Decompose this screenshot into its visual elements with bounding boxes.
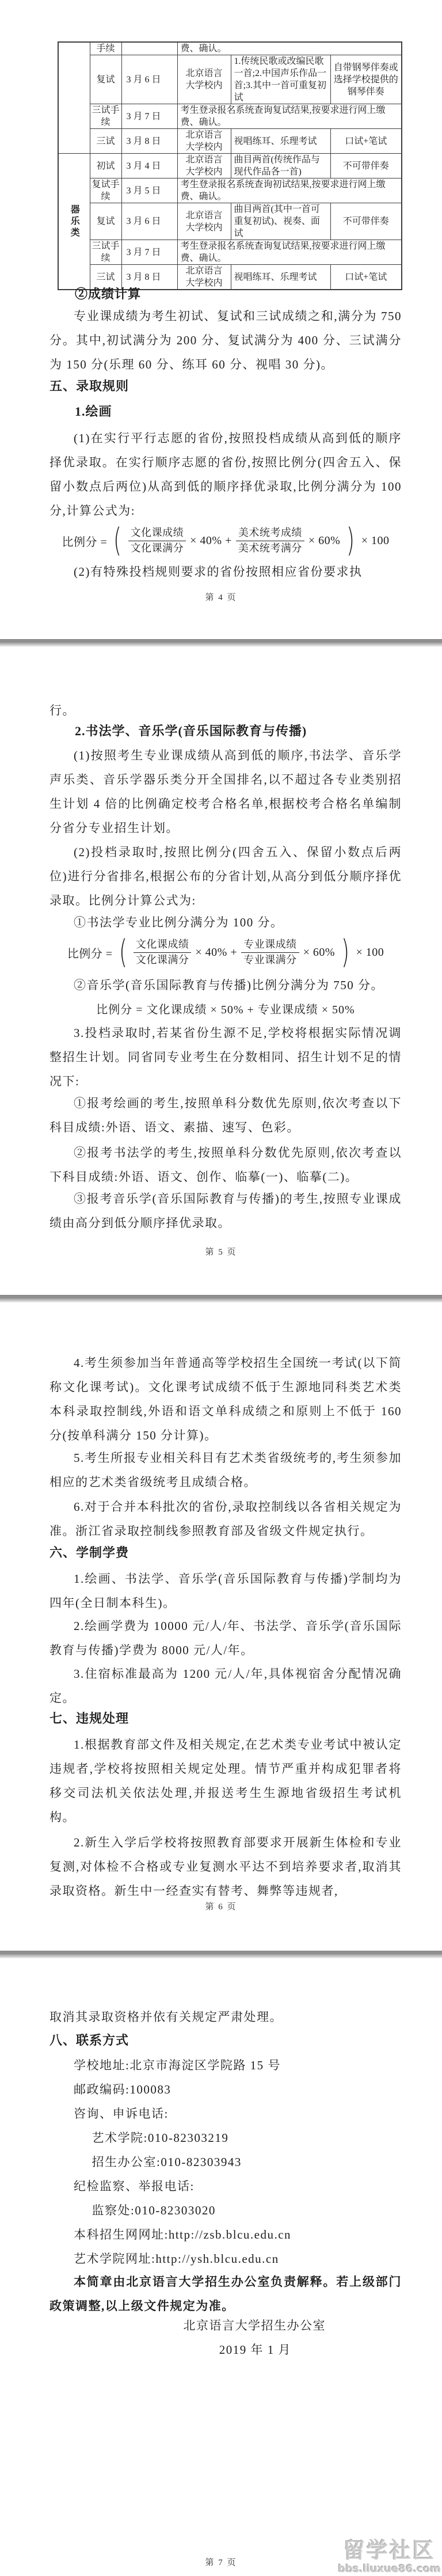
heading-contact: 八、联系方式 [49,2032,402,2049]
para-dorm-fee: 3.住宿标准最高为 1200 元/人/年,具体视宿舍分配情况确定。 [49,1662,402,1710]
requirement-cell: 自带钢琴伴奏或选择学校提供的钢琴伴奏 [330,55,402,104]
para-violation-1: 1.根据教育部文件及相关规定,在艺术类专业考试中被认定违规者,学校将按照相关规定… [49,1732,402,1829]
content-cell: 1.传统民歌或改编民歌一首;2.中国声乐作品一首;3.其中一首可重复初试 [231,55,330,104]
frac-numerator: 专业课成绩 [241,938,299,952]
contact-art-school-website: 艺术学院网址:http://ysh.blcu.edu.cn [49,2247,402,2271]
requirement-cell: 口试+笔试 [330,129,402,154]
content-cell: 视唱练耳、乐理考试 [231,129,330,154]
fraction-culture: 文化课成绩 文化课满分 [134,938,192,967]
para-interpretation-note: 本简章由北京语言大学招生办公室负责解释。若上级部门政策调整,以上级文件规定为准。 [49,2270,402,2318]
fraction-art-exam: 美术统考成绩 美术统考满分 [236,526,304,555]
watermark-logo: 留学社区 bbs.liuxue86.com [338,2539,441,2575]
procedure-cell: 考生登录报名系统查询复试结果,按要求进行网上缴费、确认。 [177,104,402,129]
location-cell: 北京语言大学校内 [177,203,231,240]
contact-art-school-phone: 艺术学院:010-82303219 [49,2126,402,2150]
close-paren: ) [341,936,350,968]
frac-denominator: 专业课满分 [243,953,297,967]
formula-tail: × 100 [356,946,384,959]
round-cell: 初试 [90,154,121,178]
location-cell: 北京语言大学校内 [177,55,231,104]
para-tiebreak-calligraphy: ②报考书法学的考生,按照单科分数优先原则,依次考查以下科目成绩:外语、语文、创作… [49,1141,402,1189]
para-special-rule: (2)有特殊投档规则要求的省份按照相应省份要求执 [49,560,402,584]
heading-admission-rules: 五、录取规则 [49,378,402,395]
date-cell: 3 月 4 日 [121,154,177,178]
requirement-cell: 不可带伴奏 [330,203,402,240]
round-cell: 复试手续 [90,178,121,203]
round-cell: 手续 [90,42,121,55]
para-music-ratio: ②音乐学(音乐国际教育与传播)比例分满分为 750 分。 [49,973,402,997]
round-cell: 复试 [90,203,121,240]
content-cell: 曲目两首(传统作品与现代作品各一首) [231,154,330,178]
document-page-4: 手续 费、确认。 复试 3 月 6 日 北京语言大学校内 1.传统民歌或改编民歌… [0,0,442,639]
contact-admissions-phone: 招生办公室:010-82303943 [49,2150,402,2174]
procedure-cell: 考生登录报名系统查询复试结果,按要求进行网上缴费、确认。 [177,240,402,265]
procedure-cell: 考生登录报名系统查询初试结果,按要求进行网上缴费、确认。 [177,178,402,203]
round-cell: 三试 [90,129,121,154]
document-page-6: 4.考生须参加当年普通高等学校招生全国统一考试(以下简称文化课考试)。文化课考试… [0,1302,442,1951]
date-cell: 3 月 6 日 [121,55,177,104]
formula-op: × 60% [303,946,335,959]
frac-numerator: 文化课成绩 [128,526,186,541]
open-paren: ( [119,936,127,968]
para-continuation: 行。 [49,698,402,723]
document-page-7: 取消其录取资格并依有关规定严肃处理。 八、联系方式 学校地址:北京市海淀区学院路… [0,1958,442,2576]
signature-office: 北京语言大学招生办公室 [49,2316,326,2334]
page-separator [0,639,442,647]
date-cell: 3 月 7 日 [121,240,177,265]
signature-date: 2019 年 1 月 [49,2341,291,2358]
para-ranking: (1)按照考生专业课成绩从高到低的顺序,书法学、音乐学声乐类、音乐学器乐类分开全… [49,743,402,840]
location-cell: 北京语言大学校内 [177,154,231,178]
para-tiebreak-painting: ①报考绘画的考生,按照单科分数优先原则,依次考查以下科目成绩:外语、语文、素描、… [49,1091,402,1139]
open-paren: ( [113,525,122,557]
date-cell: 3 月 5 日 [121,178,177,203]
frac-denominator: 文化课满分 [136,953,189,967]
round-cell: 三试手续 [90,240,121,265]
page-number: 第 5 页 [0,1245,442,1257]
document-page-5: 行。 2.书法学、音乐学(音乐国际教育与传播) (1)按照考生专业课成绩从高到低… [0,647,442,1295]
para-duration: 1.绘画、书法学、音乐学(音乐国际教育与传播)学制均为四年(全日制本科生)。 [49,1567,402,1615]
formula-painting-ratio: 比例分 = ( 文化课成绩 文化课满分 × 40% + 美术统考成绩 美术统考满… [49,523,402,558]
requirement-cell: 不可带伴奏 [330,154,402,178]
contact-admissions-website: 本科招生网网址:http://zsb.blcu.edu.cn [49,2222,402,2247]
content-cell: 曲目两首(其中一首可重复初试)、视奏、面试 [231,203,330,240]
date-cell: 3 月 7 日 [121,104,177,129]
para-national-exam: 4.考生须参加当年普通高等学校招生全国统一考试(以下简称文化课考试)。文化课考试… [49,1351,402,1447]
heading-score-calc: ②成绩计算 [49,286,402,303]
para-provincial-exam: 5.考生所报专业相关科目有艺术类省级统考的,考生须参加相应的艺术类省级统考且成绩… [49,1446,402,1494]
procedure-cell: 费、确认。 [177,42,402,55]
frac-denominator: 文化课满分 [131,541,184,555]
formula-tail: × 100 [361,534,390,548]
fraction-culture: 文化课成绩 文化课满分 [128,526,186,555]
page-number: 第 4 页 [0,591,442,603]
date-cell: 3 月 6 日 [121,203,177,240]
para-merged-batch: 6.对于合并本科批次的省份,录取控制线以各省相关规定为准。浙江省录取控制线参照教… [49,1495,402,1543]
formula-op: × 60% [308,534,340,548]
formula-op: × 40% + [195,946,237,959]
round-cell: 三试手续 [90,104,121,129]
watermark-title: 留学社区 [338,2539,441,2563]
frac-denominator: 美术统考满分 [238,541,302,555]
heading-calligraphy-music: 2.书法学、音乐学(音乐国际教育与传播) [49,723,402,740]
fraction-major: 专业课成绩 专业课满分 [241,938,299,967]
location-cell: 北京语言大学校内 [177,129,231,154]
category-cell-instrumental: 器乐类 [58,154,90,290]
formula-lhs: 比例分 = [62,533,108,549]
para-calligraphy-ratio: ①书法学专业比例分满分为 100 分。 [49,910,402,934]
contact-supervision-phone: 监察处:010-82303020 [49,2198,402,2222]
para-continuation: 取消其录取资格并依有关规定严肃处理。 [49,2005,402,2029]
page-separator [0,1951,442,1958]
contact-zipcode: 邮政编码:100083 [49,2077,402,2102]
category-cell-vocal-cont [58,42,90,154]
watermark-url: bbs.liuxue86.com [338,2563,441,2575]
round-cell: 复试 [90,55,121,104]
para-tiebreak-music: ③报考音乐学(音乐国际教育与传播)的考生,按照专业课成绩由高分到低分顺序择优录取… [49,1187,402,1235]
date-cell [121,42,177,55]
para-tuition-fee: 2.绘画学费为 10000 元/人/年、书法学、音乐学(音乐国际教育与传播)学费… [49,1614,402,1662]
heading-violation: 七、违规处理 [49,1710,402,1727]
contact-address: 学校地址:北京市海淀区学院路 15 号 [49,2053,402,2077]
page-separator [0,1295,442,1302]
para-score-calc: 专业课成绩为考生初试、复试和三试成绩之和,满分为 750 分。其中,初试满分为 … [49,304,402,377]
frac-numerator: 文化课成绩 [134,938,192,952]
date-cell: 3 月 8 日 [121,129,177,154]
formula-calligraphy-ratio: 比例分 = ( 文化课成绩 文化课满分 × 40% + 专业课成绩 专业课满分 … [49,934,402,970]
para-ratio-ranking: (2)投档录取时,按照比例分(四舍五入、保留小数点后两位)进行分省排名,根据公布… [49,840,402,913]
page-number: 第 6 页 [0,1900,442,1912]
heading-painting: 1.绘画 [49,403,402,420]
para-painting-rule: (1)在实行平行志愿的省份,按照投档成绩从高到低的顺序择优录取。在实行顺序志愿的… [49,426,402,523]
heading-tuition: 六、学制学费 [49,1544,402,1561]
formula-music-ratio: 比例分 = 文化课成绩 × 50% + 专业课成绩 × 50% [49,998,402,1022]
para-quota-adjust: 3.投档录取时,若某省份生源不足,学校将根据实际情况调整招生计划。同省同专业考生… [49,1021,402,1093]
contact-report-label: 纪检监察、举报电话: [49,2174,402,2198]
frac-numerator: 美术统考成绩 [236,526,304,541]
formula-lhs: 比例分 = [67,944,113,961]
contact-phone-label: 咨询、申诉电话: [49,2102,402,2126]
document-view: 手续 费、确认。 复试 3 月 6 日 北京语言大学校内 1.传统民歌或改编民歌… [0,0,442,2576]
close-paren: ) [346,525,355,557]
exam-schedule-table: 手续 费、确认。 复试 3 月 6 日 北京语言大学校内 1.传统民歌或改编民歌… [58,41,402,290]
para-violation-2: 2.新生入学后学校将按照教育部要求开展新生体检和专业复测,对体检不合格或专业复测… [49,1830,402,1903]
formula-op: × 40% + [190,534,232,548]
